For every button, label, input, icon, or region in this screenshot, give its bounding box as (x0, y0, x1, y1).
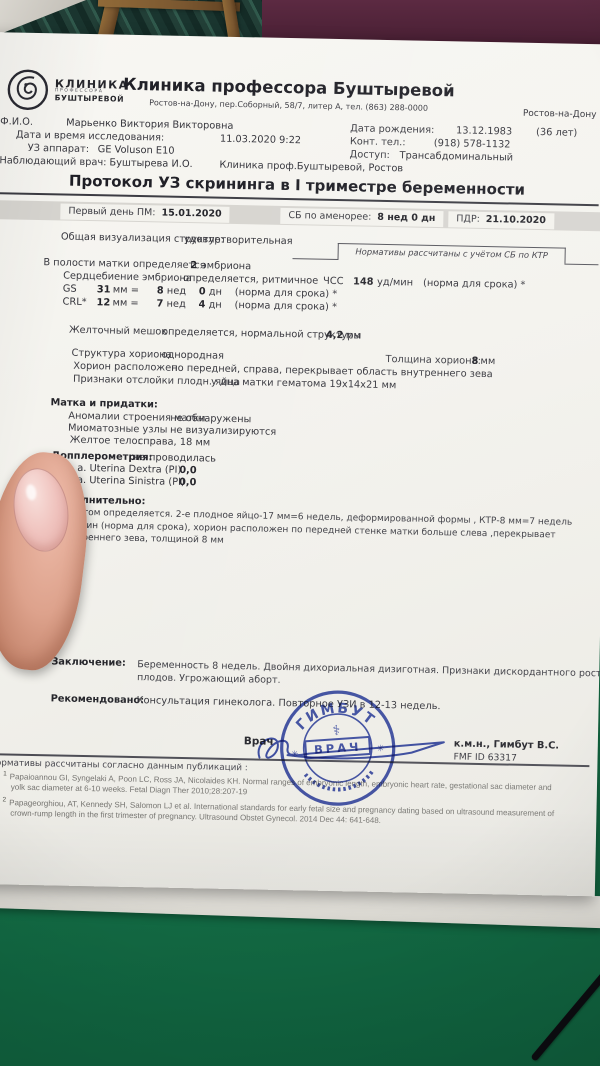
birth-date-label: Дата рождения: (350, 123, 435, 136)
access-label: Доступ: (349, 149, 389, 162)
edd-field: ПДР: 21.10.2020 (448, 211, 554, 229)
chorion-structure-label: Структура хориона (71, 348, 171, 362)
footnote-2-marker: 2 (3, 796, 7, 803)
observer-name: Буштырева И.О. (109, 157, 193, 170)
recommend-label: Рекомендовано: (51, 693, 145, 707)
clinic-logo: КЛИНИКА ПРОФЕССОРА БУШТЫРЕВОЙ (6, 68, 129, 112)
heartbeat-value: определяется, ритмичное (183, 273, 318, 287)
yolk-size: 4,2 (326, 330, 344, 342)
chorion-structure: однородная (161, 350, 224, 363)
uterus-section-label: Матка и придатки: (50, 397, 157, 411)
gs-label: GS (63, 284, 77, 296)
gs-value: 31 (97, 284, 111, 296)
crl-days: 4 (198, 299, 205, 311)
chorion-thickness-label: Толщина хориона: (385, 354, 481, 368)
crl-norm-note: (норма для срока) * (234, 300, 337, 314)
observer-label: Наблюдающий врач: (0, 155, 107, 169)
crl-weeks-unit: нед (166, 299, 185, 311)
birth-date: 13.12.1983 (456, 125, 512, 138)
gs-norm-note: (норма для срока) * (235, 287, 338, 301)
phone-value: (918) 578-1132 (434, 138, 511, 151)
visualization-value: удовлетворительная (184, 234, 293, 248)
crl-value: 12 (96, 297, 110, 309)
logo-line3: БУШТЫРЕВОЙ (55, 94, 129, 103)
fio-label: Ф.И.О. (0, 116, 33, 128)
footnote-1-marker: 1 (3, 770, 7, 777)
ga-value: 8 нед 0 дн (377, 212, 435, 224)
hr-norm-note: (норма для срока) * (423, 278, 526, 292)
cable (530, 969, 600, 1062)
crl-eq: мм = (112, 298, 138, 310)
clinic-city: Ростов-на-Дону (523, 109, 597, 121)
thumb-holding-paper (0, 452, 84, 670)
chorion-thickness-unit: мм (480, 356, 495, 368)
access-value: Трансабдоминальный (399, 150, 513, 164)
heartbeat-label: Сердцебиение эмбриона (63, 271, 192, 285)
gs-eq: мм = (113, 285, 139, 297)
lmp-value: 15.01.2020 (161, 207, 221, 219)
uterina-sinistra-label: a. Uterina Sinistra (PI) (77, 475, 185, 489)
chorion-location-label: Хорион расположен (73, 361, 178, 375)
ga-field: СБ по аменорее: 8 нед 0 дн (280, 207, 443, 226)
corpus-luteum-value: справа, 18 мм (138, 436, 211, 449)
doctor-signature (251, 727, 452, 781)
device-value: GE Voluson E10 (98, 144, 175, 157)
cavity-value: 2 (190, 260, 197, 272)
yolk-label: Желточный мешок (69, 325, 167, 339)
ga-label: СБ по аменорее: (288, 210, 371, 223)
patient-age: (36 лет) (536, 127, 577, 140)
gs-weeks: 8 (157, 285, 164, 297)
photo-of-document: КЛИНИКА ПРОФЕССОРА БУШТЫРЕВОЙ Клиника пр… (0, 0, 600, 1066)
corpus-luteum-label: Желтое тело: (70, 435, 141, 448)
phone-label: Конт. тел.: (350, 136, 406, 149)
yolk-unit: мм (346, 330, 361, 342)
doctor-name: к.м.н., Гимбут В.С. (454, 738, 559, 752)
edd-value: 21.10.2020 (486, 214, 546, 226)
edd-label: ПДР: (456, 213, 480, 224)
dates-band: Первый день ПМ: 15.01.2020 СБ по аменоре… (0, 200, 600, 231)
gs-days-unit: дн (209, 286, 222, 298)
additional-text: Лямбда симптом определяется. 2-е плодное… (20, 506, 591, 555)
uterina-sinistra-value: 0,0 (179, 477, 197, 489)
gs-days: 0 (199, 286, 206, 298)
study-datetime: 11.03.2020 9:22 (220, 134, 301, 147)
detachment-value: у дна матки гематома 19x14x21 мм (211, 377, 397, 392)
nail-highlight (25, 484, 37, 501)
crl-days-unit: дн (208, 299, 221, 311)
document-sheet: КЛИНИКА ПРОФЕССОРА БУШТЫРЕВОЙ Клиника пр… (0, 32, 600, 896)
norms-note-box: Нормативы рассчитаны с учётом СБ по КТР (338, 243, 566, 264)
observer-clinic: Клиника проф.Буштыревой, Ростов (219, 160, 403, 175)
clinic-title: Клиника профессора Буштыревой (119, 75, 459, 101)
clinic-logo-icon (6, 68, 49, 111)
lmp-label: Первый день ПМ: (68, 206, 155, 219)
hr-label: ЧСС (323, 276, 344, 288)
crl-label: CRL* (62, 297, 86, 309)
crl-weeks: 7 (156, 298, 163, 310)
clinic-address: Ростов-на-Дону, пер.Соборный, 58/7, лите… (119, 98, 459, 114)
lmp-field: Первый день ПМ: 15.01.2020 (60, 203, 230, 222)
gs-weeks-unit: нед (167, 286, 186, 298)
cavity-unit: эмбриона (201, 260, 251, 273)
chorion-thickness: 8 (471, 356, 478, 368)
hr-unit: уд/мин (377, 277, 413, 289)
hr-value: 148 (353, 276, 374, 288)
uterina-dextra-value: 0,0 (179, 465, 197, 477)
device-label: УЗ аппарат: (28, 143, 90, 156)
